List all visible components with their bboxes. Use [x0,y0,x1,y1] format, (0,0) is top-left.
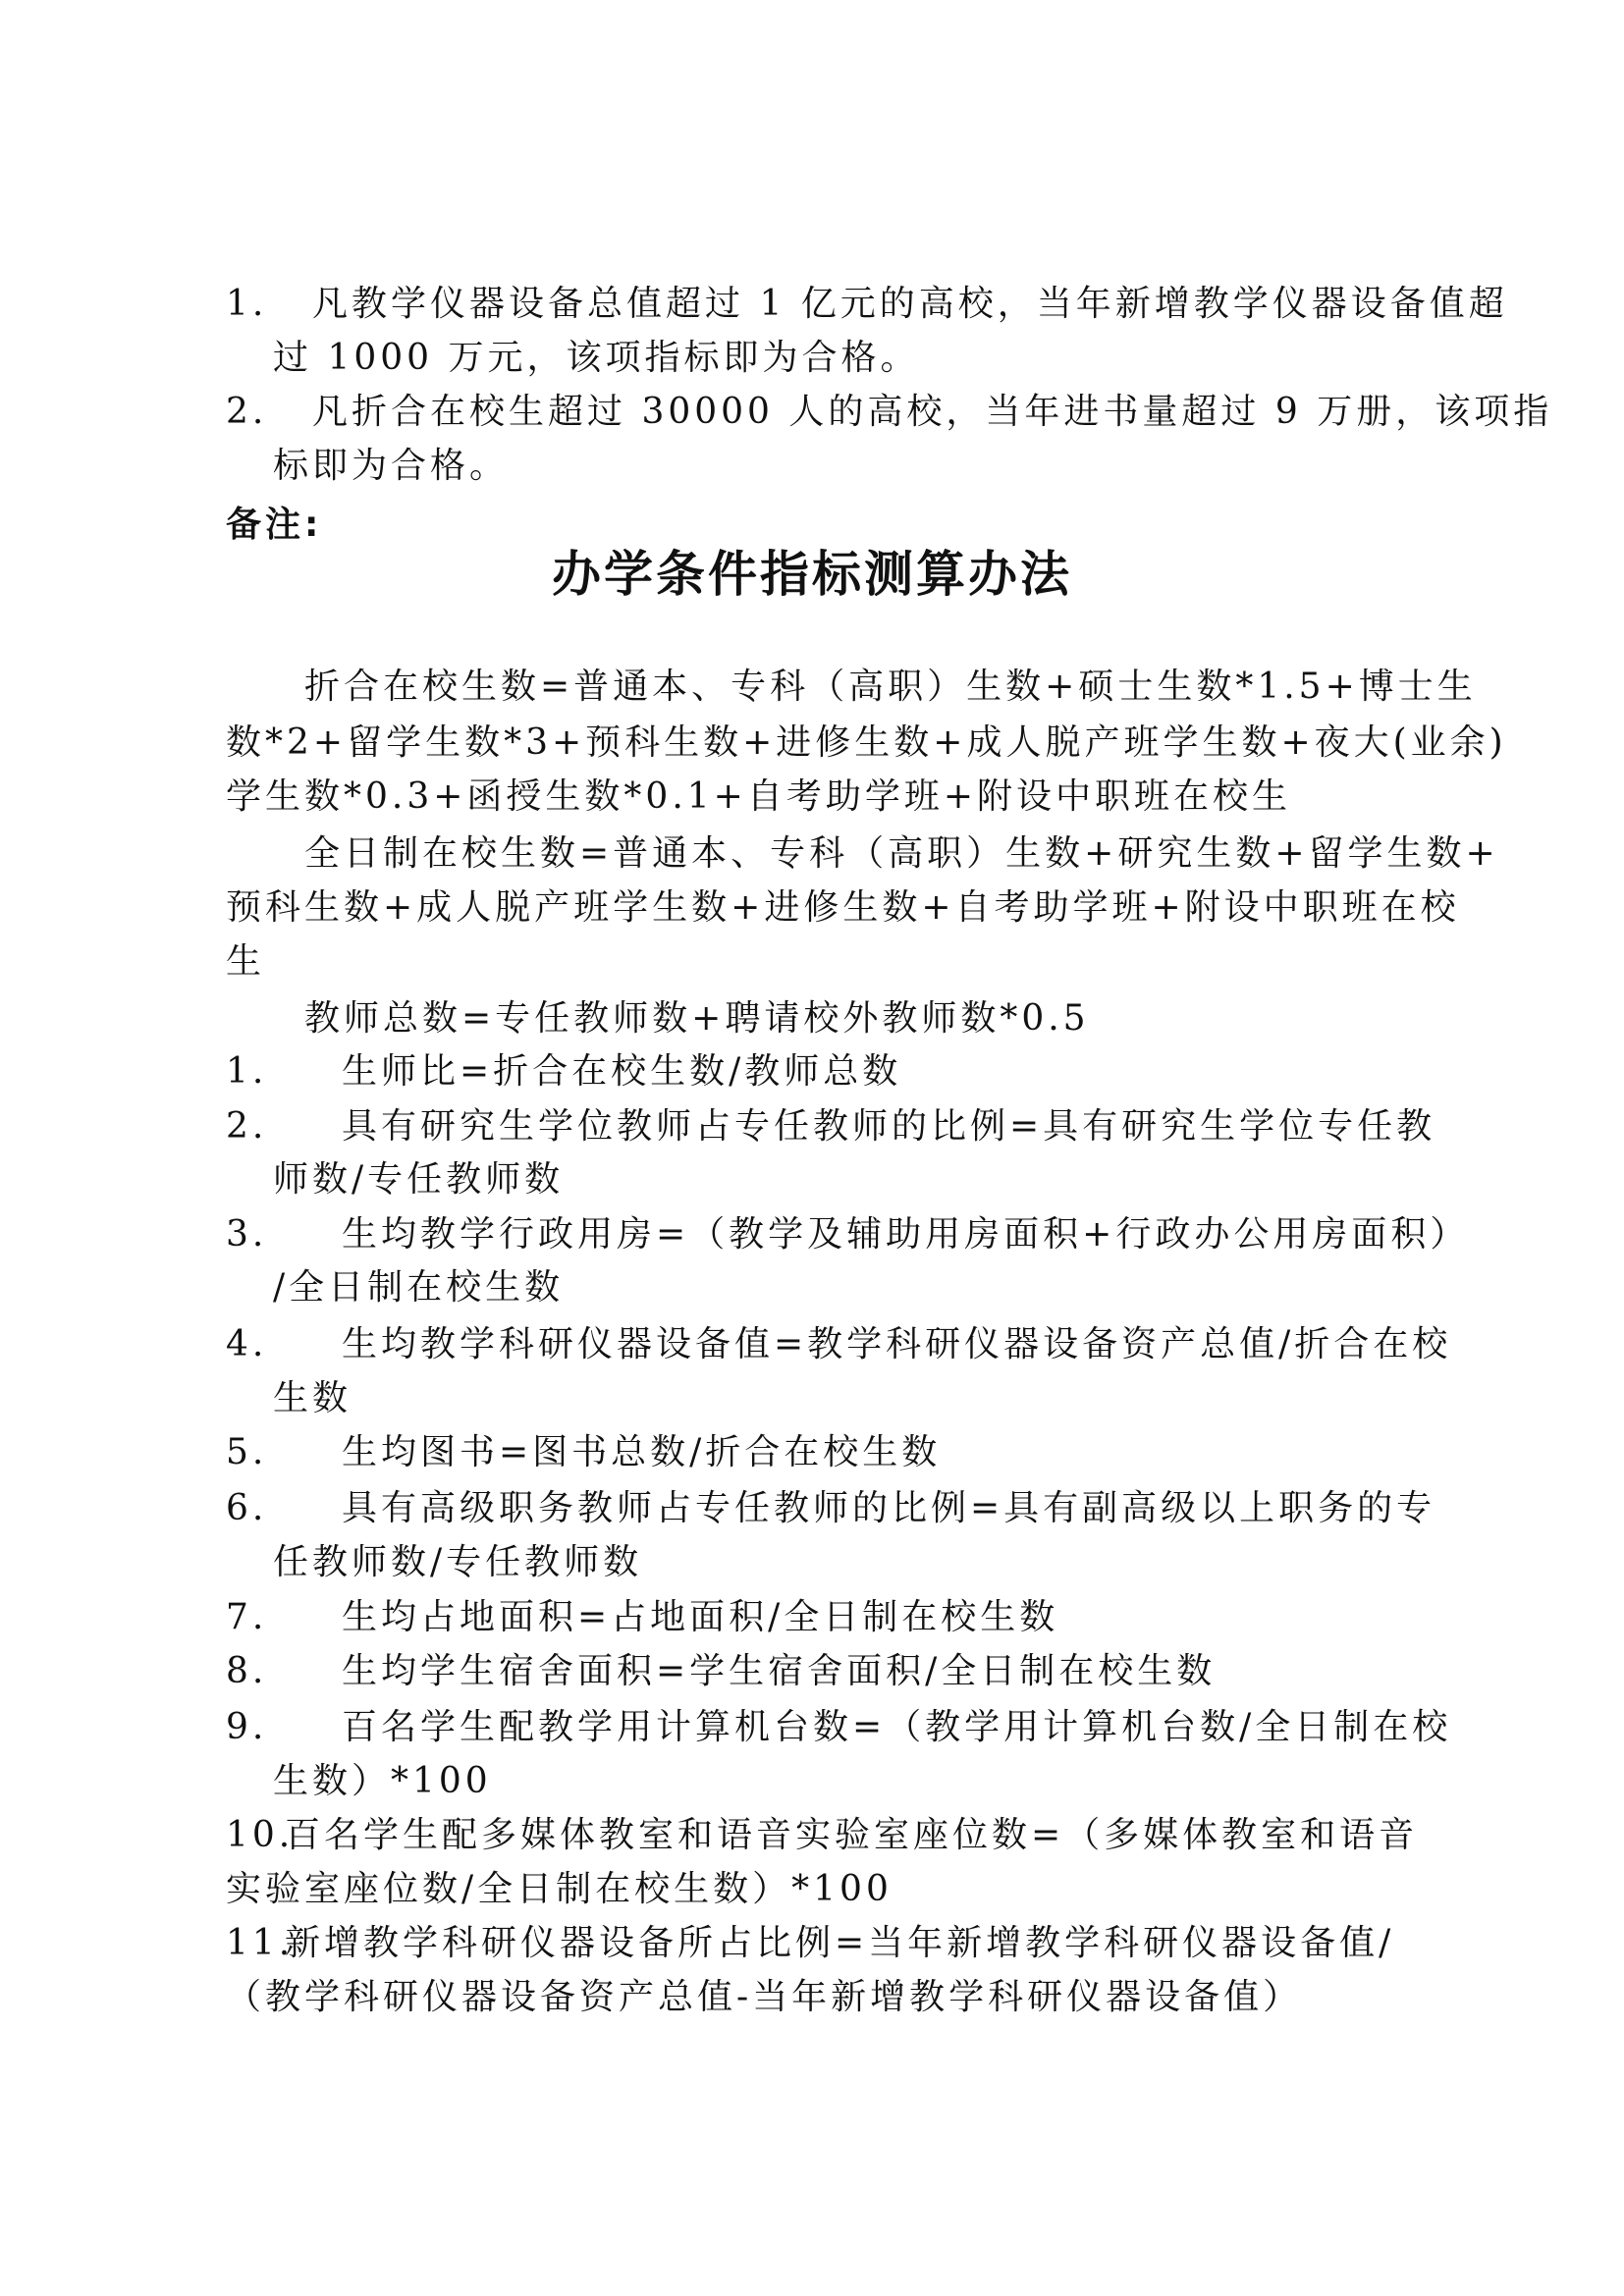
page-title: 办学条件指标测算办法 [0,543,1624,606]
